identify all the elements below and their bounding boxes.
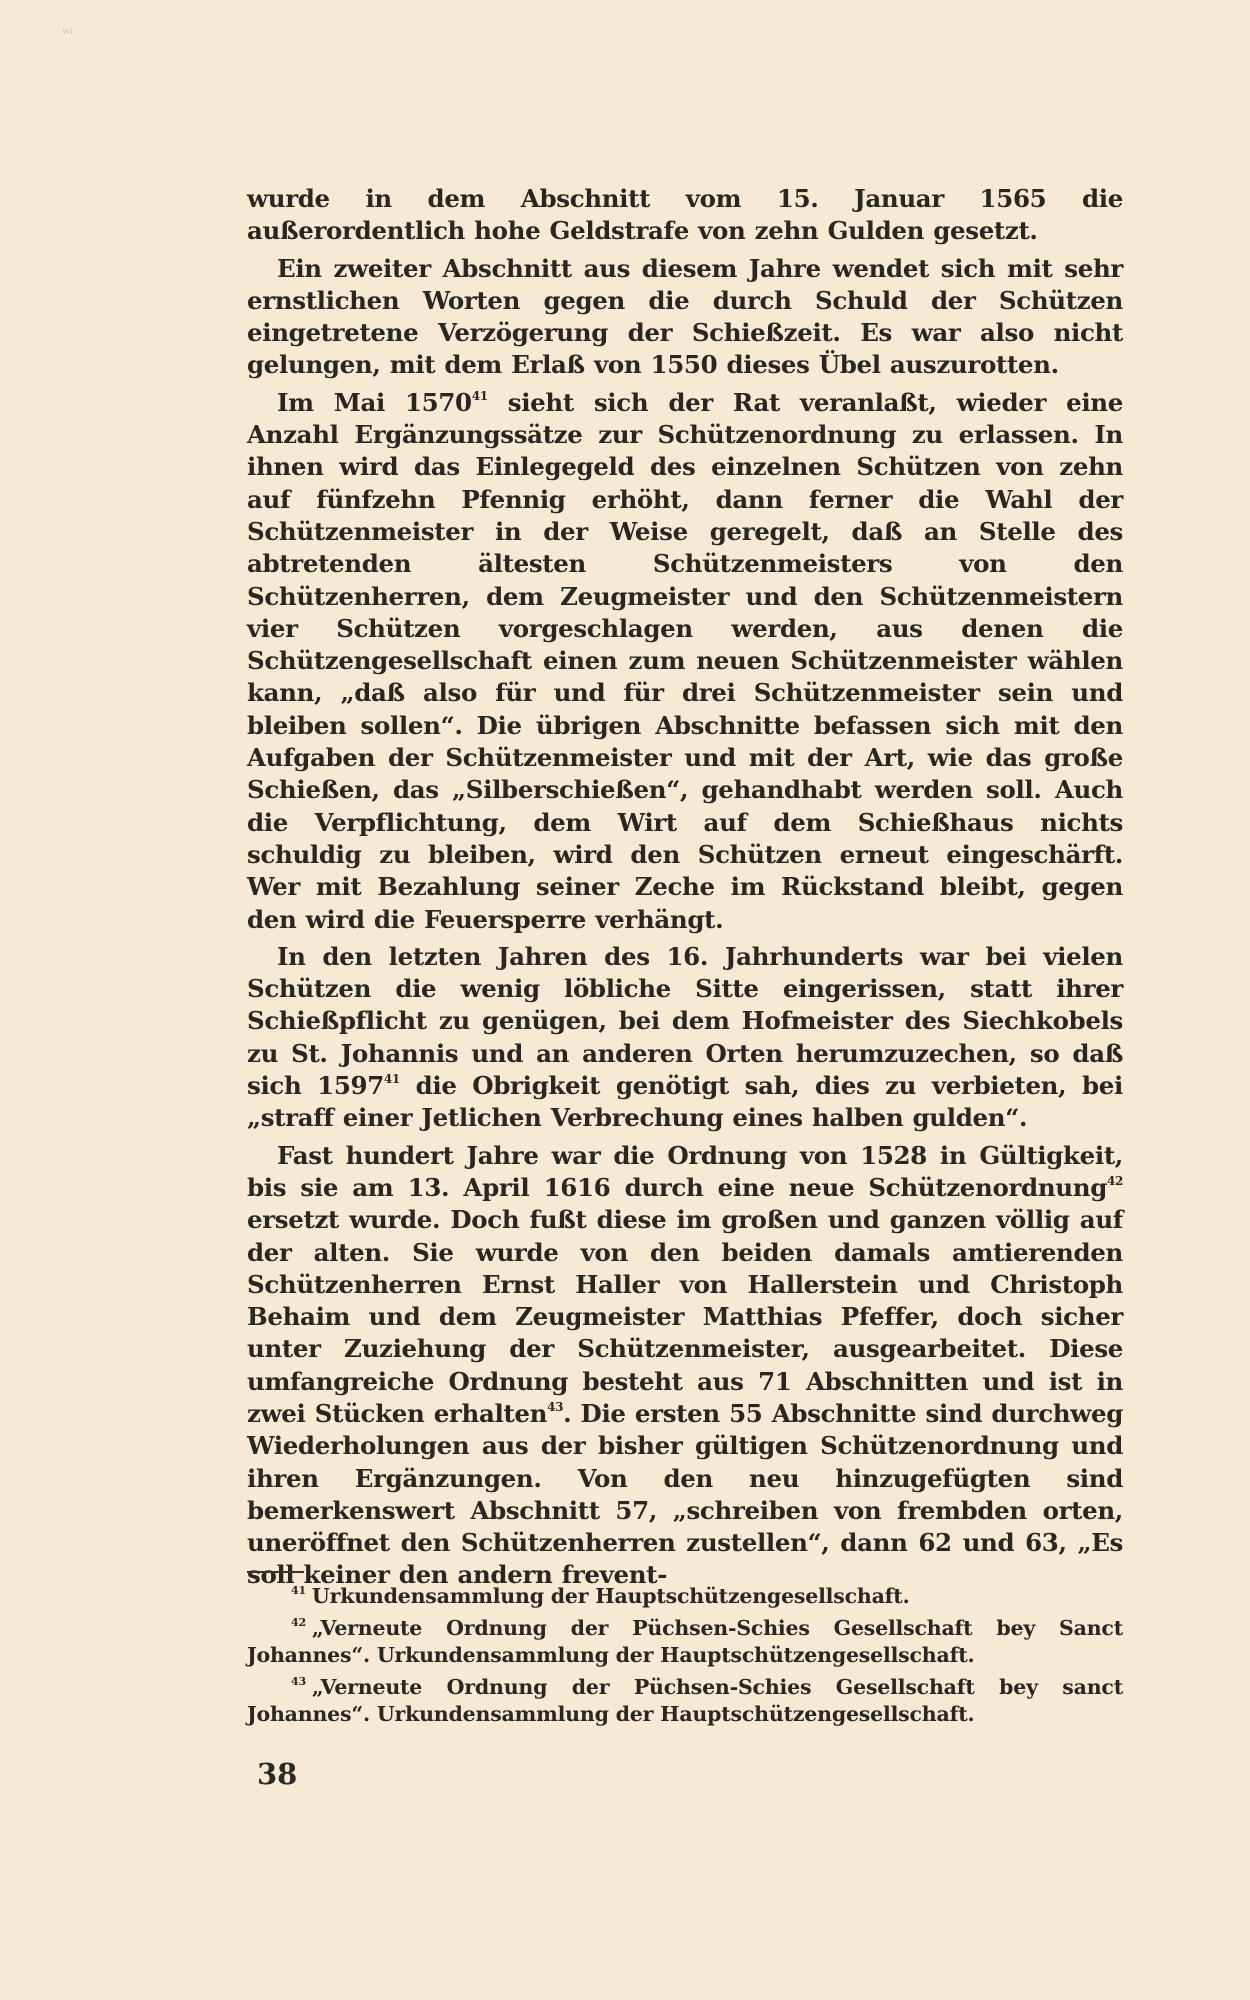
paragraph-text: Ein zweiter Abschnitt aus diesem Jahre w…	[247, 254, 1123, 380]
paragraph: Im Mai 157041 sieht sich der Rat veranla…	[247, 387, 1123, 936]
paragraph: In den letzten Jahren des 16. Jahrhunder…	[247, 941, 1123, 1135]
footnote-reference: 43	[547, 1400, 563, 1414]
paragraph-text: sieht sich der Rat veranlaßt, wieder ein…	[247, 388, 1123, 934]
paragraph: Fast hundert Jahre war die Ordnung von 1…	[247, 1140, 1123, 1592]
footnote-reference: 42	[1107, 1174, 1123, 1188]
main-text: wurde in dem Abschnitt vom 15. Januar 15…	[247, 183, 1123, 1597]
page-number: 38	[257, 1757, 297, 1791]
footnote-reference: 41	[384, 1072, 400, 1086]
footnote-divider	[247, 1571, 304, 1573]
footnote: 43„Verneute Ordnung der Püchsen-Schies G…	[247, 1674, 1123, 1728]
paragraph-text: Im Mai 1570	[277, 388, 472, 417]
footnote: 42„Verneute Ordnung der Püchsen-Schies G…	[247, 1615, 1123, 1669]
footnote-number: 43	[291, 1675, 306, 1688]
footnote-reference: 41	[472, 389, 488, 403]
footnote-text: „Verneute Ordnung der Püchsen-Schies Ges…	[247, 1675, 1123, 1726]
paragraph-text: wurde in dem Abschnitt vom 15. Januar 15…	[247, 184, 1123, 245]
footnote-text: „Verneute Ordnung der Püchsen-Schies Ges…	[247, 1616, 1123, 1667]
paragraph: wurde in dem Abschnitt vom 15. Januar 15…	[247, 183, 1123, 248]
footnotes: 41Urkundensammlung der Hauptschützengese…	[247, 1583, 1123, 1733]
footnote-number: 42	[291, 1616, 306, 1629]
footnote-text: Urkundensammlung der Hauptschützengesell…	[312, 1584, 910, 1608]
paragraph-text: Fast hundert Jahre war die Ordnung von 1…	[247, 1141, 1123, 1202]
page-smudge: ʷⁱ	[62, 26, 102, 56]
paragraph-text: ersetzt wurde. Doch fußt diese im großen…	[247, 1205, 1123, 1428]
paragraph: Ein zweiter Abschnitt aus diesem Jahre w…	[247, 253, 1123, 382]
footnote: 41Urkundensammlung der Hauptschützengese…	[247, 1583, 1123, 1610]
footnote-number: 41	[291, 1584, 306, 1597]
